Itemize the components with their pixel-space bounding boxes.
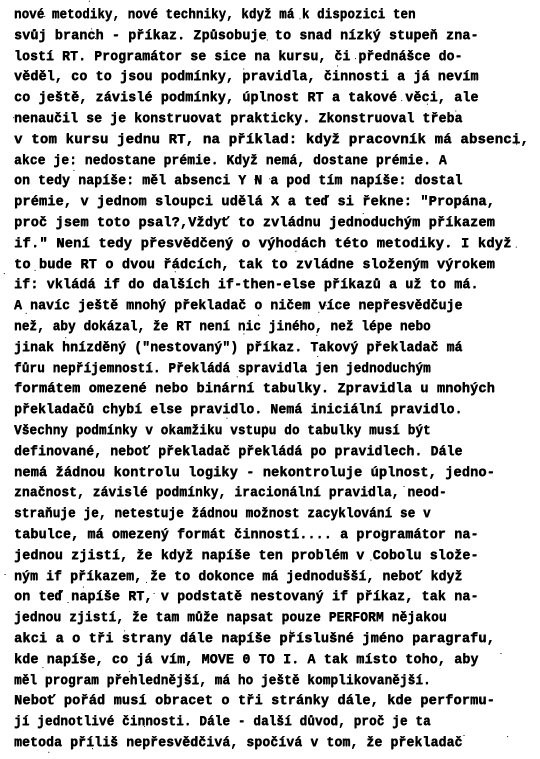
text-line: co ještě, závislé podmínky, úplnost RT a… — [14, 89, 524, 110]
text-line: nové metodiky, nové techniky, když má k … — [14, 6, 488, 27]
text-line: lostí RT. Programátor se sice na kursu, … — [14, 48, 515, 69]
text-line: kde napíše, co já vím, MOVE 0 TO I. A ta… — [14, 651, 524, 672]
text-line: akce je: nedostane prémie. Když nemá, do… — [14, 152, 506, 173]
text-line: A navíc ještě mnohý překladač o ničem ví… — [14, 297, 515, 318]
text-line: straňuje je, netestuje žádnou možnost za… — [14, 505, 497, 526]
text-line: on teď napíše RT, v podstatě nestovaný i… — [14, 588, 524, 609]
text-line: fůru nepříjemností. Překládá spravidla j… — [14, 360, 497, 381]
text-line: jinak hnízděný ("nestovaný") příkaz. Tak… — [14, 339, 515, 360]
text-line: Všechny podmínky v okamžiku vstupu do ta… — [14, 422, 497, 443]
text-line: definované, neboť překladač překládá po … — [14, 443, 515, 464]
text-line: nenaučil se je konstruovat prakticky. Zk… — [14, 110, 515, 131]
text-line: než, aby dokázal, že RT není nic jiného,… — [14, 318, 497, 339]
text-line: tabulce, má omezený formát činností.... … — [14, 526, 524, 547]
text-line: značnost, závislé podmínky, iracionální … — [14, 484, 506, 505]
typewritten-page: nové metodiky, nové techniky, když má k … — [0, 0, 540, 759]
text-line: v tom kursu jednu RT, na příklad: když p… — [14, 131, 540, 152]
text-line: věděl, co to jsou podmínky, pravidla, či… — [14, 68, 524, 89]
text-line: akci a o tři strany dále napíše příslušn… — [14, 630, 533, 651]
text-line: if: vkládá if do dalších if-then-else př… — [14, 276, 524, 297]
text-line: měl program přehlednější, má ho ještě ko… — [14, 672, 497, 693]
text-line: nemá žádnou kontrolu logiky - nekontrolu… — [14, 464, 533, 485]
text-line: formátem omezené nebo binární tabulky. Z… — [14, 380, 533, 401]
text-line: ným if příkazem, že to dokonce má jednod… — [14, 568, 515, 589]
text-line: prémie, v jednom sloupci udělá X a teď s… — [14, 193, 533, 214]
text-line: Neboť pořád musí obracet o tři stránky d… — [14, 692, 533, 713]
text-line: proč jsem toto psal?,Vždyť to zvládnu je… — [14, 214, 533, 235]
text-line: jednou zjistí, že tam může napsat pouze … — [14, 609, 506, 630]
text-line: to bude RT o dvou řádcích, tak to zvládn… — [14, 256, 533, 277]
text-line: jednou zjistí, že když napíše ten problé… — [14, 547, 524, 568]
text-line: metoda příliš nepřesvědčivá, spočívá v t… — [14, 734, 515, 755]
page-text-body: nové metodiky, nové techniky, když má k … — [14, 6, 534, 755]
text-line: if." Není tedy přesvědčený o výhodách té… — [14, 235, 540, 256]
text-line: překladačů chybí else pravidlo. Nemá ini… — [14, 401, 515, 422]
text-line: jí jednotlivé činnosti. Dále - další dův… — [14, 713, 497, 734]
text-line: on tedy napíše: měl absenci Y N a pod tí… — [14, 172, 515, 193]
text-line: svůj branch - příkaz. Způsobuje to snad … — [14, 27, 524, 48]
